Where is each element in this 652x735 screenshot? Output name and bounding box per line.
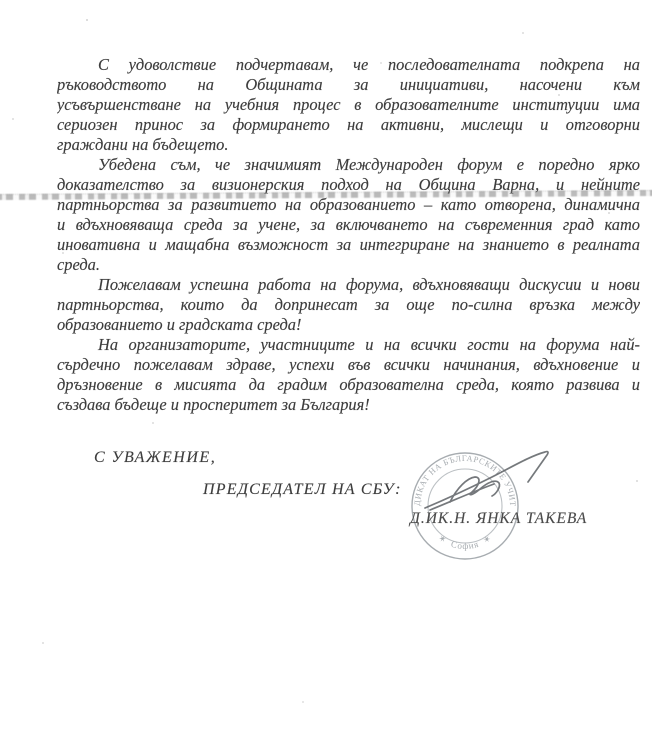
letter-line: Убедена съм, че значимият Международен ф…: [57, 155, 640, 175]
scanned-letter-page: С удоволствие подчертавам, че последоват…: [0, 0, 652, 735]
paragraph-2: Убедена съм, че значимият Международен ф…: [57, 155, 640, 275]
letter-line: и вдъхновяваща среда за учене, за включв…: [57, 215, 640, 235]
letter-line: партньорства, които да допринесат за още…: [57, 295, 640, 315]
stamp-bottom-text: ✶ София ✶: [436, 533, 493, 551]
letter-line: образованието и градската среда!: [57, 315, 640, 335]
letter-line: ръководството на Общината за инициативи,…: [57, 75, 640, 95]
letter-line: сърдечно пожелавам здраве, успехи във вс…: [57, 355, 640, 375]
letter-line: дръзновение в мисията да градим образова…: [57, 375, 640, 395]
letter-line: С удоволствие подчертавам, че последоват…: [57, 55, 640, 75]
letter-line: среда.: [57, 255, 640, 275]
paragraph-1: С удоволствие подчертавам, че последоват…: [57, 55, 640, 155]
letter-line: Пожелавам успешна работа на форума, вдъх…: [57, 275, 640, 295]
paper-noise-specks: [0, 0, 2, 2]
signatory-name: Д.ИК.Н. ЯНКА ТАКЕВА: [410, 510, 587, 528]
letter-line: иновативна и мащабна възможност за интег…: [57, 235, 640, 255]
letter-line: усъвършенстване на учебния процес в обра…: [57, 95, 640, 115]
letter-line: сериозен принос за формирането на активн…: [57, 115, 640, 135]
signature-title: ПРЕДСЕДАТЕЛ НА СБУ:: [203, 481, 402, 499]
letter-body: С удоволствие подчертавам, че последоват…: [57, 55, 640, 415]
letter-line: създава бъдеще и просперитет за България…: [57, 395, 640, 415]
paragraph-4: На организаторите, участниците и на всич…: [57, 335, 640, 415]
svg-text:✶ София ✶: ✶ София ✶: [436, 533, 493, 551]
paragraph-3: Пожелавам успешна работа на форума, вдъх…: [57, 275, 640, 335]
letter-line: граждани на бъдещето.: [57, 135, 640, 155]
closing-salutation: С УВАЖЕНИЕ,: [94, 449, 216, 467]
letter-line: На организаторите, участниците и на всич…: [57, 335, 640, 355]
